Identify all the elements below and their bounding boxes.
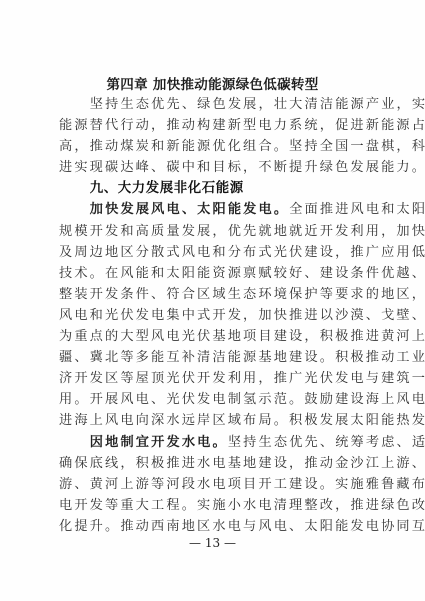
intro-line: 进实现碳达峰、碳中和目标，不断提升绿色发展能力。: [59, 157, 368, 178]
paragraph-line: 风电和光伏发电集中式开发，加快推进以沙漠、戈壁、荒漠地区: [59, 305, 368, 326]
intro-line: 能源替代行动，推动构建新型电力系统，促进新能源占比逐渐提: [59, 115, 368, 136]
paragraph-line: 整装开发条件、符合区域生态环境保护等要求的地区，有序推进: [59, 284, 368, 305]
body-text: 坚持生态优先、绿色发展，壮大清洁能源产业，实施可再生 能源替代行动，推动构建新型…: [59, 94, 368, 537]
document-page: 第四章 加快推动能源绿色低碳转型 坚持生态优先、绿色发展，壮大清洁能源产业，实施…: [0, 0, 425, 601]
paragraph-line: 游、黄河上游等河段水电项目开工建设。实施雅鲁藏布江下游水: [59, 474, 368, 495]
paragraph-lead: 因地制宜开发水电。: [90, 435, 228, 450]
paragraph-line: 及周边地区分散式风电和分布式光伏建设，推广应用低风速风电: [59, 242, 368, 263]
page-number: — 13 —: [0, 535, 425, 551]
paragraph-line: 确保底线，积极推进水电基地建设，推动金沙江上游、雅砻江中: [59, 453, 368, 474]
paragraph-line: 规模开发和高质量发展，优先就地就近开发利用，加快负荷中心: [59, 221, 368, 242]
intro-line: 坚持生态优先、绿色发展，壮大清洁能源产业，实施可再生: [59, 94, 368, 115]
paragraph-line: 济开发区等屋顶光伏开发利用，推广光伏发电与建筑一体化应: [59, 368, 368, 389]
paragraph-line: 进海上风电向深水远岸区域布局。积极发展太阳能热发电。: [59, 410, 368, 431]
section-heading: 九、大力发展非化石能源: [59, 178, 368, 199]
intro-line: 高，推动煤炭和新能源优化组合。坚持全国一盘棋，科学有序推: [59, 136, 368, 157]
paragraph-line: 用。开展风电、光伏发电制氢示范。鼓励建设海上风电基地，推: [59, 389, 368, 410]
paragraph-lead: 加快发展风电、太阳能发电。: [90, 202, 289, 217]
paragraph-wind-solar-first-line: 加快发展风电、太阳能发电。全面推进风电和太阳能发电大: [59, 199, 368, 220]
paragraph-text: 坚持生态优先、统筹考虑、适度开发、: [228, 435, 425, 450]
paragraph-line: 技术。在风能和太阳能资源禀赋较好、建设条件优越、具备持续: [59, 263, 368, 284]
paragraph-line: 为重点的大型风电光伏基地项目建设，积极推进黄河上游、新: [59, 326, 368, 347]
paragraph-line: 疆、冀北等多能互补清洁能源基地建设。积极推动工业园区、经: [59, 347, 368, 368]
paragraph-hydro-first-line: 因地制宜开发水电。坚持生态优先、统筹考虑、适度开发、: [59, 432, 368, 453]
paragraph-text: 全面推进风电和太阳能发电大: [289, 202, 425, 217]
chapter-title: 第四章 加快推动能源绿色低碳转型: [0, 76, 425, 94]
paragraph-line: 化提升。推动西南地区水电与风电、太阳能发电协同互补。到: [59, 516, 368, 537]
paragraph-line: 电开发等重大工程。实施小水电清理整改，推进绿色改造和现代: [59, 495, 368, 516]
